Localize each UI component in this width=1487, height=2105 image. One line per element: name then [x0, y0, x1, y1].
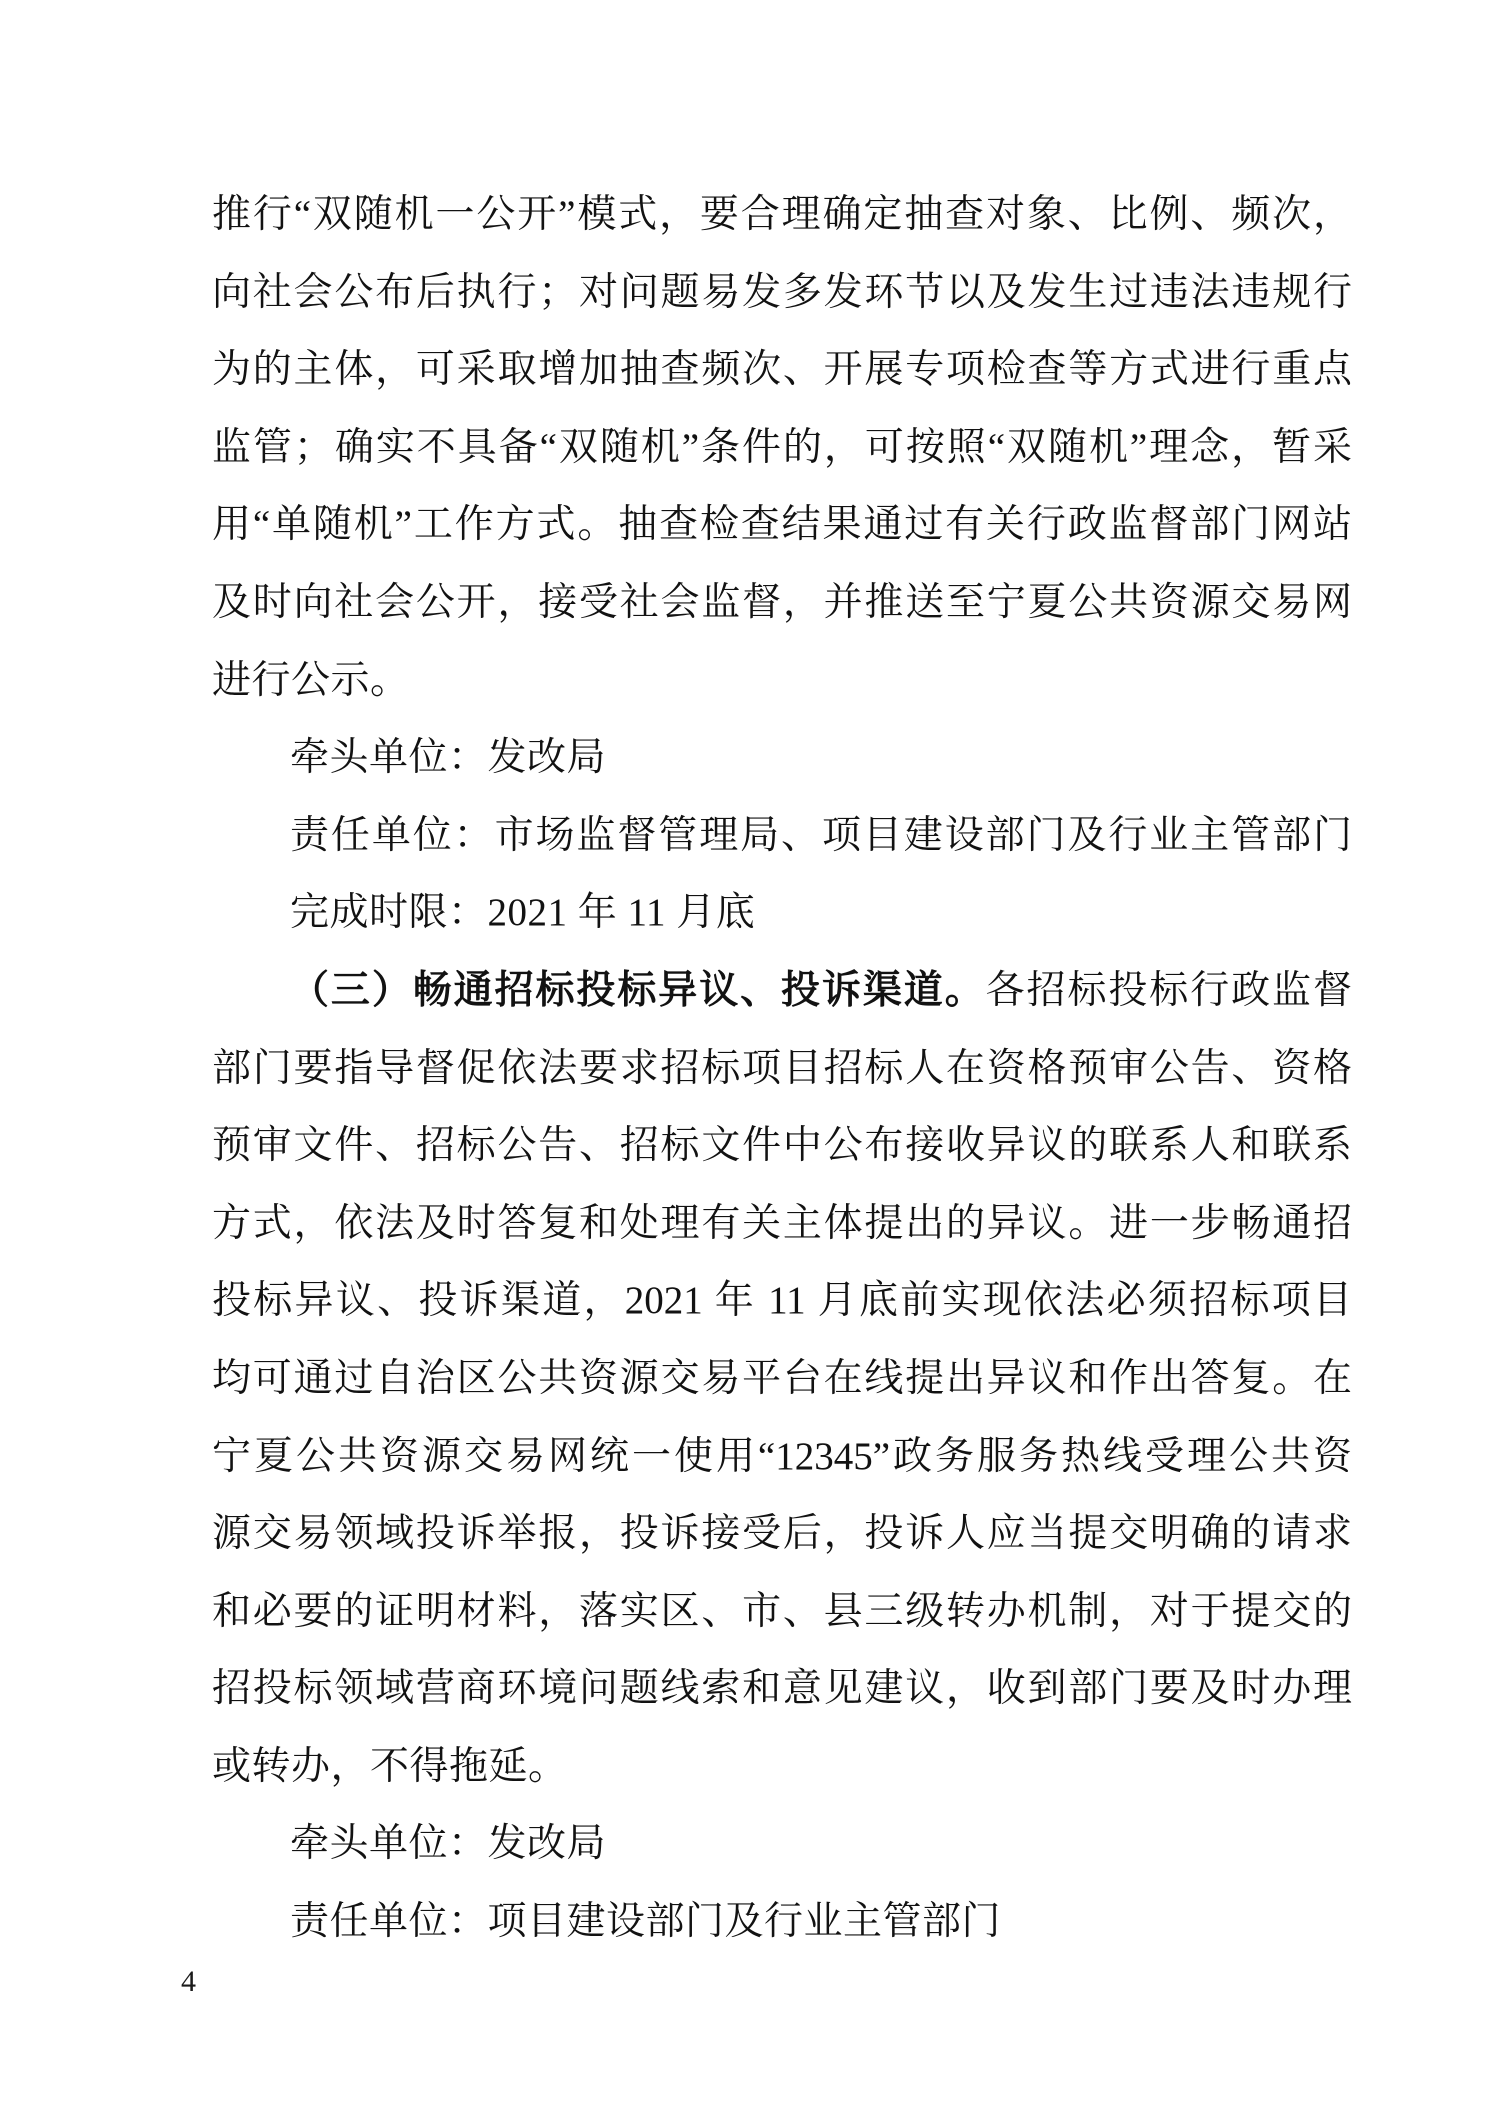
text-line: 预审文件、招标公告、招标文件中公布接收异议的联系人和联系 — [212, 1107, 1352, 1185]
body-text: 用“单随机”工作方式。抽查检查结果通过有关行政监督部门网站 — [212, 503, 1352, 546]
document-body: 推行“双随机一公开”模式，要合理确定抽查对象、比例、频次，向社会公布后执行；对问… — [212, 176, 1352, 1961]
text-line: 均可通过自治区公共资源交易平台在线提出异议和作出答复。在 — [212, 1340, 1352, 1418]
body-text: 监管；确实不具备“双随机”条件的，可按照“双随机”理念，暂采 — [212, 426, 1352, 469]
text-line: 源交易领域投诉举报，投诉接受后，投诉人应当提交明确的请求 — [212, 1495, 1352, 1573]
body-text: 向社会公布后执行；对问题易发多发环节以及发生过违法违规行 — [212, 271, 1352, 314]
body-text: 进行公示。 — [212, 659, 410, 702]
body-text: 或转办，不得拖延。 — [212, 1745, 568, 1788]
text-line: 牵头单位：发改局 — [212, 719, 1352, 797]
body-text: 责任单位：项目建设部门及行业主管部门 — [290, 1900, 1001, 1943]
body-text: 牵头单位：发改局 — [290, 736, 606, 779]
heading-bold-text: （三）畅通招标投标异议、投诉渠道。 — [290, 969, 986, 1012]
body-text: 部门要指导督促依法要求招标项目招标人在资格预审公告、资格 — [212, 1047, 1352, 1090]
body-text: 均可通过自治区公共资源交易平台在线提出异议和作出答复。在 — [212, 1357, 1352, 1400]
body-text: 投标异议、投诉渠道，2021 年 11 月底前实现依法必须招标项目 — [212, 1279, 1352, 1322]
body-text: 宁夏公共资源交易网统一使用“12345”政务服务热线受理公共资 — [212, 1435, 1352, 1478]
body-text: 及时向社会公开，接受社会监督，并推送至宁夏公共资源交易网 — [212, 581, 1352, 624]
text-line: 进行公示。 — [212, 642, 1352, 720]
body-text: 责任单位：市场监督管理局、项目建设部门及行业主管部门 — [290, 814, 1352, 857]
text-line: 责任单位：市场监督管理局、项目建设部门及行业主管部门 — [212, 797, 1352, 875]
text-line: 招投标领域营商环境问题线索和意见建议，收到部门要及时办理 — [212, 1650, 1352, 1728]
body-text: 源交易领域投诉举报，投诉接受后，投诉人应当提交明确的请求 — [212, 1512, 1352, 1555]
text-line: 和必要的证明材料，落实区、市、县三级转办机制，对于提交的 — [212, 1573, 1352, 1651]
document-page: 推行“双随机一公开”模式，要合理确定抽查对象、比例、频次，向社会公布后执行；对问… — [0, 0, 1487, 2105]
body-text: 为的主体，可采取增加抽查频次、开展专项检查等方式进行重点 — [212, 348, 1352, 391]
text-line: 推行“双随机一公开”模式，要合理确定抽查对象、比例、频次， — [212, 176, 1352, 254]
text-line: （三）畅通招标投标异议、投诉渠道。各招标投标行政监督 — [212, 952, 1352, 1030]
text-line: 部门要指导督促依法要求招标项目招标人在资格预审公告、资格 — [212, 1030, 1352, 1108]
text-line: 监管；确实不具备“双随机”条件的，可按照“双随机”理念，暂采 — [212, 409, 1352, 487]
text-line: 方式，依法及时答复和处理有关主体提出的异议。进一步畅通招 — [212, 1185, 1352, 1263]
body-text: 预审文件、招标公告、招标文件中公布接收异议的联系人和联系 — [212, 1124, 1352, 1167]
page-number: 4 — [181, 1960, 196, 2004]
body-text: 完成时限：2021 年 11 月底 — [290, 891, 755, 934]
text-line: 责任单位：项目建设部门及行业主管部门 — [212, 1883, 1352, 1961]
body-text: 和必要的证明材料，落实区、市、县三级转办机制，对于提交的 — [212, 1590, 1352, 1633]
text-line: 及时向社会公开，接受社会监督，并推送至宁夏公共资源交易网 — [212, 564, 1352, 642]
text-line: 向社会公布后执行；对问题易发多发环节以及发生过违法违规行 — [212, 254, 1352, 332]
text-line: 为的主体，可采取增加抽查频次、开展专项检查等方式进行重点 — [212, 331, 1352, 409]
body-text: 招投标领域营商环境问题线索和意见建议，收到部门要及时办理 — [212, 1667, 1352, 1710]
body-text: 推行“双随机一公开”模式，要合理确定抽查对象、比例、频次， — [212, 193, 1352, 236]
text-line: 完成时限：2021 年 11 月底 — [212, 874, 1352, 952]
body-text: 方式，依法及时答复和处理有关主体提出的异议。进一步畅通招 — [212, 1202, 1352, 1245]
text-line: 或转办，不得拖延。 — [212, 1728, 1352, 1806]
text-line: 投标异议、投诉渠道，2021 年 11 月底前实现依法必须招标项目 — [212, 1262, 1352, 1340]
text-line: 用“单随机”工作方式。抽查检查结果通过有关行政监督部门网站 — [212, 486, 1352, 564]
text-line: 宁夏公共资源交易网统一使用“12345”政务服务热线受理公共资 — [212, 1418, 1352, 1496]
body-text: 牵头单位：发改局 — [290, 1822, 606, 1865]
text-line: 牵头单位：发改局 — [212, 1805, 1352, 1883]
body-text: 各招标投标行政监督 — [986, 969, 1352, 1012]
